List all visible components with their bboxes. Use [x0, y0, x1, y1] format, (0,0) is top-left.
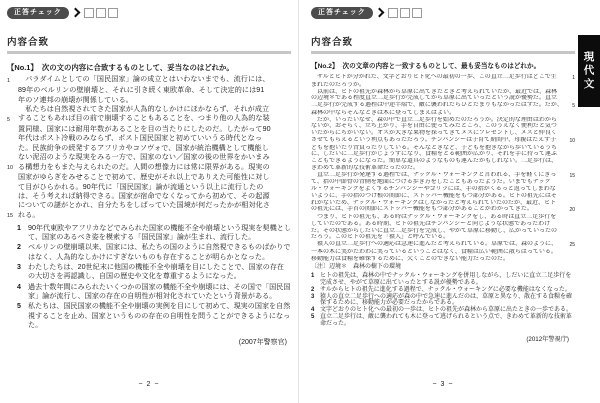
- passage-line: 89年のベルリンの壁崩壊と、それに引き続く東欧革命、そして決定的には91: [7, 86, 291, 95]
- answer-check-badge: 正答チェック: [311, 7, 373, 19]
- passage-line: こともできるようになった。簡単な道具のようなものも運んだかもしれない。二足歩行は…: [311, 158, 575, 165]
- passage-line: ないが、おそらく、立ち上がり、手を自由に使ってみたところ、このうえなく便利だと気…: [311, 123, 575, 130]
- question-source: (2007年警察官): [7, 337, 291, 347]
- passage-line-text: についての謎がとかれ、自分たちをしばっていた国境が何だったかが相対化さ: [18, 201, 291, 210]
- line-number: [566, 221, 575, 228]
- passage-line-text: 移動能力は食糧を確保するために、欠くことのできない能力だったのだ。: [311, 256, 566, 263]
- line-number: [566, 110, 575, 117]
- line-number: 20: [566, 206, 575, 214]
- line-number: [7, 153, 18, 162]
- line-number: [566, 228, 575, 235]
- line-number: [566, 234, 575, 241]
- line-number: [566, 186, 575, 193]
- answer-option: 3 わたしたちは、20世紀末に他国の機能不全や崩壊を目にしたことで、国家の存在の…: [17, 263, 291, 282]
- passage-line-text: させてもらえるという利点もあっただろう。チンパンジーは子育て期間中、母親はたえず…: [311, 137, 566, 145]
- answer-checkbox[interactable]: [388, 8, 398, 18]
- line-number: [7, 201, 18, 210]
- passage-line: て目がひらかれる。90年代に「国民国家」論が流通という以上に流行したの: [7, 183, 291, 192]
- passage-line-text: て目がひらかれる。90年代に「国民国家」論が流通という以上に流行したの: [18, 183, 291, 192]
- page-gutter-divider: [298, 0, 299, 403]
- chapter-tab-gendaibun[interactable]: 現代文: [578, 35, 600, 107]
- passage-line: ない泥沼のような現実をみる一方で、国家のない／国家の後の世界をかいまみ: [7, 153, 291, 162]
- passage-line-text: していたのである。ある時期、ヒトの祖先はチンパンジーと同じような状態であったわけ: [311, 221, 566, 228]
- line-number: 10: [566, 137, 575, 145]
- line-number: [7, 183, 18, 192]
- question-number: 【No.1】: [7, 63, 38, 72]
- passage-line-text: の辺境＊である程度直立二足歩行が完成してから草原に出ていったという説が優勢だ。直…: [311, 95, 566, 102]
- passage-note: 〔注〕辺境＊ 森林の樹下の環境: [311, 264, 575, 271]
- passage-line: は、そう考えれば納得できる。国家が宿命でなくなってから初めて、その起源: [7, 192, 291, 201]
- passage-line: だ。その状態からしだいに直立二足歩行を完成し、やがて草原に移動し、広がっていった…: [311, 228, 575, 235]
- line-number: [566, 130, 575, 137]
- passage-line: 5 することもあれば目の前で崩壊することもあることを、つまり他の人為的な装: [7, 114, 291, 125]
- passage-line-text: に、しだいに二足歩行がじょうずになり、食糧をとる範囲が広がり、それを手に持って運…: [311, 151, 566, 158]
- option-text: ヒトの祖先は、森林の中でナックル・ウォーキングを併用しながら、しだいに直立二足歩…: [320, 273, 575, 287]
- question-text: 次の文の内容に合致するものとして、妥当なのはどれか。: [42, 63, 234, 72]
- passage-line: いたからにちがいない。オスが大きな果物を採ってきてメスにプレゼントし、メスと仲良…: [311, 130, 575, 137]
- line-number: 5: [566, 102, 575, 110]
- option-text: 猿人の直立二足歩行への適応が森の中で急速に進んだのは、草原と異なり、散在する食糧…: [320, 294, 575, 308]
- passage-line: いように、手の指のつけ根の関節に、ストッパー機能をもつ部分がある。ヒトの祖先には…: [311, 193, 575, 200]
- answer-checkboxes: [84, 8, 118, 18]
- passage-line: だろう。このヒトの祖先を「猿人」と呼んでいる。: [311, 234, 575, 241]
- answer-option: 5 私たちは、国民国家の機能不全や崩壊の実例を目にして初めて、現実の国家を自然視…: [17, 302, 291, 330]
- answer-options: 1 90年代東欧やアフリカなどでみられた国家の機能不全や崩壊という現実を契機とし…: [17, 224, 291, 331]
- option-text: 過去十数年間にみられたいくつかの国家の機能不全や崩壊には、その国で「国民国家」論…: [28, 283, 291, 302]
- question-number: 【No.2】: [311, 63, 338, 70]
- right-page: 正答チェック 内容合致 【No.2】次の文章の内容と一致するものとして、最も妥当…: [311, 6, 575, 398]
- chevron-right-icon: [374, 8, 384, 18]
- passage-line: ル・ウォーキングをよくするチンパンジーやゴリラには、手の指がくるっと返ってしまわ…: [311, 186, 575, 193]
- passage-line-text: れる。: [18, 211, 291, 222]
- question-heading: 【No.2】次の文章の内容と一致するものとして、最も妥当なものはどれか。: [311, 63, 575, 71]
- passage-line: 移動能力は食糧を確保するために、欠くことのできない能力だったのだ。: [311, 256, 575, 263]
- line-number: [566, 249, 575, 256]
- option-number: 5: [17, 302, 28, 330]
- line-number: 15: [7, 211, 18, 222]
- line-number: [566, 95, 575, 102]
- passage-line: 置同様、国家には耐用年数があることを目の当たりにしたのだ。したがって90: [7, 125, 291, 134]
- passage-line-text: いように、手の指のつけ根の関節に、ストッパー機能をもつ部分がある。ヒトの祖先には…: [311, 193, 566, 200]
- passage-line: していたのである。ある時期、ヒトの祖先はチンパンジーと同じような状態であったわけ: [311, 221, 575, 228]
- passage-line: だが、いったいなぜ、森の中で直立二足歩行を始めたのだろうか。決定的な理由はわから: [311, 117, 575, 124]
- passage-line: の辺境＊である程度直立二足歩行が完成してから草原に出ていったという説が優勢だ。直…: [311, 95, 575, 102]
- option-number: 4: [311, 307, 320, 314]
- option-number: 3: [311, 294, 320, 308]
- passage-line: れがないため、ナックル・ウォーキングはしなかったと考えられていたのだが、最近、ヒ…: [311, 200, 575, 207]
- answer-option: 5 直立二足歩行は、敵に襲われても木に登って逃げられるという点で、きわめて革新的…: [311, 314, 575, 328]
- passage-line-text: た。民族紛争の続発するアフリカやコソヴォで、国家が統治機構として機能し: [18, 144, 291, 153]
- passage-line: サルとヒトが分かれた、文字どおりヒト化への最初の一歩、この直立二足歩行はどこで生…: [311, 74, 575, 82]
- line-number: [566, 82, 575, 89]
- line-number: 25: [566, 241, 575, 249]
- passage-line-text: ないが、おそらく、立ち上がり、手を自由に使ってみたところ、このうえなく便利だと気…: [311, 123, 566, 130]
- passage-line-text: 森林の中ならそんなときは木に登ってしまえばよい。: [311, 110, 566, 117]
- passage-line-text: の祖先には、手首の関節にストッパー機能をもつ部分があることがわかってきた。: [311, 206, 566, 214]
- passage-line-text: 直立二足歩行が発達する過程では、ナックル・ウォーキングと言われる、手を軽くにぎっ: [311, 172, 566, 180]
- page-number: − 3 −: [311, 381, 575, 388]
- passage-line-text: パラダイムとしての「国民国家」論の成立とはいわないまでも、流行には、: [18, 75, 291, 86]
- line-number: [7, 192, 18, 201]
- option-text: 文字どおりのヒト化への最初の一歩は、ヒトの祖先が森林から草原に出たときの一歩であ…: [320, 307, 575, 314]
- line-number: [7, 144, 18, 153]
- passage-line-text: だろう。このヒトの祖先を「猿人」と呼んでいる。: [311, 234, 566, 241]
- answer-option: 2 ベルリンの壁崩壊以来、国家には、私たちの国のように自然視できるものばかりでは…: [17, 243, 291, 262]
- passage-line: た。民族紛争の続発するアフリカやコソヴォで、国家が統治機構として機能し: [7, 144, 291, 153]
- passage-line: 1 パラダイムとしての「国民国家」論の成立とはいわないまでも、流行には、: [7, 75, 291, 86]
- answer-checkbox[interactable]: [400, 8, 410, 18]
- passage-line-text: は、そう考えれば納得できる。国家が宿命でなくなってから初めて、その起源: [18, 192, 291, 201]
- line-number: [566, 200, 575, 207]
- passage-line-text: だ。その状態からしだいに直立二足歩行を完成し、やがて草原に移動し、広がっていった…: [311, 228, 566, 235]
- passage-line-text: まれたのだろうか。: [311, 82, 566, 89]
- option-number: 1: [17, 224, 28, 243]
- line-number: [7, 96, 18, 105]
- answer-option: 1 ヒトの祖先は、森林の中でナックル・ウォーキングを併用しながら、しだいに直立二…: [311, 273, 575, 287]
- passage-line: 国家がゆらぎをみせることで初めて、歴史がそれ以上でありえた可能性に対し: [7, 173, 291, 182]
- passage-line-text: 私たちは自然視されてきた国家が人為的なしかけにほかならず、それが成立: [18, 105, 291, 114]
- passage-line: つまり、ヒトの祖先も、ある時はナックル・ウォーキングをし、ある時は直立二足歩行を: [311, 214, 575, 221]
- passage-line: 年のソ連邦の崩壊が関係している。: [7, 96, 291, 105]
- line-number: [566, 256, 575, 263]
- question-text: 次の文章の内容と一致するものとして、最も妥当なものはどれか。: [342, 63, 540, 70]
- passage-line: まれたのだろうか。: [311, 82, 575, 89]
- line-number: [566, 179, 575, 186]
- left-page: 正答チェック 内容合致 【No.1】次の文の内容に合致するものとして、妥当なのは…: [7, 6, 291, 398]
- passage-line: 年代はポスト冷戦のみならず、ポスト国民国家と初めていいうる時代となっ: [7, 134, 291, 143]
- passage-line-text: することもあれば目の前で崩壊することもあることを、つまり他の人為的な装: [18, 114, 291, 125]
- option-text: 90年代東欧やアフリカなどでみられた国家の機能不全や崩壊という現実を契機として、…: [28, 224, 291, 243]
- passage-line-text: 一本の木に実がたわわに実っているということはなく、食糧は広い範囲に散らばっている…: [311, 249, 566, 256]
- passage: サルとヒトが分かれた、文字どおりヒト化への最初の一歩、この直立二足歩行はどこで生…: [311, 74, 575, 262]
- answer-check-badge: 正答チェック: [7, 7, 69, 19]
- line-number: [7, 86, 18, 95]
- passage-line-text: ない泥沼のような現実をみる一方で、国家のない／国家の後の世界をかいまみ: [18, 153, 291, 162]
- answer-options: 1 ヒトの祖先は、森林の中でナックル・ウォーキングを併用しながら、しだいに直立二…: [311, 273, 575, 327]
- option-text: 私たちは、国民国家の機能不全や崩壊の実例を目にして初めて、現実の国家を自然視する…: [28, 302, 291, 330]
- passage: 1 パラダイムとしての「国民国家」論の成立とはいわないまでも、流行には、 89年…: [7, 75, 291, 221]
- answer-option: 4 過去十数年間にみられたいくつかの国家の機能不全や崩壊には、その国で「国民国家…: [17, 283, 291, 302]
- chapter-tab-label: 現代文: [582, 51, 597, 92]
- option-text: わたしたちは、20世紀末に他国の機能不全や崩壊を目にしたことで、国家の存在の大切…: [28, 263, 291, 282]
- answer-option: 4 文字どおりのヒト化への最初の一歩は、ヒトの祖先が森林から草原に出たときの一歩…: [311, 307, 575, 314]
- section-title: 内容合致: [311, 34, 575, 54]
- passage-line-text: こともできるようになった。簡単な道具のようなものも運んだかもしれない。二足歩行は…: [311, 158, 566, 165]
- passage-line-text: 国家がゆらぎをみせることで初めて、歴史がそれ以上でありえた可能性に対し: [18, 173, 291, 182]
- line-number: 1: [7, 75, 18, 86]
- answer-option: 1 90年代東欧やアフリカなどでみられた国家の機能不全や崩壊という現実を契機とし…: [17, 224, 291, 243]
- line-number: [566, 151, 575, 158]
- answer-checkbox[interactable]: [84, 8, 94, 18]
- passage-line: に、しだいに二足歩行がじょうずになり、食糧をとる範囲が広がり、それを手に持って運…: [311, 151, 575, 158]
- passage-line: て、指の中節骨の背側を地面につける歩き方をしたこともあったようだ。いまでもナック: [311, 179, 575, 186]
- line-number: [566, 145, 575, 152]
- passage-line: 二足歩行が完成する過程は中途半端で、敵に襲われたらひとたまりもなかったはずだ。だ…: [311, 102, 575, 110]
- line-number: [566, 158, 575, 165]
- passage-line-text: 以前は、ヒトの祖先が森林から草原に出てきたときと考えられていたが、最近では、森林: [311, 89, 566, 96]
- passage-line: させてもらえるという利点もあっただろう。チンパンジーは子育て期間中、母親はたえず…: [311, 137, 575, 145]
- passage-line-text: いたからにちがいない。オスが大きな果物を採ってきてメスにプレゼントし、メスと仲良…: [311, 130, 566, 137]
- passage-line-text: る構想力をもまた与えられたのだ。人間の想像力には常に限界がある。現実の: [18, 163, 291, 174]
- passage-line: 森林の中ならそんなときは木に登ってしまえばよい。: [311, 110, 575, 117]
- option-number: 2: [17, 243, 28, 262]
- answer-check-row: 正答チェック: [311, 6, 575, 19]
- passage-line: 猿人の直立二足歩行への適応は急速に進んだと考えられている。草原では、森のように、…: [311, 241, 575, 249]
- line-number: [566, 123, 575, 130]
- passage-line: の祖先には、手首の関節にストッパー機能をもつ部分があることがわかってきた。 20: [311, 206, 575, 214]
- line-number: 10: [7, 163, 18, 174]
- answer-checkbox[interactable]: [96, 8, 106, 18]
- option-text: 直立二足歩行は、敵に襲われても木に登って逃げられるという点で、きわめて革新的な技…: [320, 314, 575, 328]
- passage-line: 一本の木に実がたわわに実っているということはなく、食糧は広い範囲に散らばっている…: [311, 249, 575, 256]
- passage-line-text: サルとヒトが分かれた、文字どおりヒト化への最初の一歩、この直立二足歩行はどこで生: [311, 74, 566, 82]
- passage-line: きわめて革新的な技術革命だったのだ。: [311, 165, 575, 172]
- passage-line: 私たちは自然視されてきた国家が人為的なしかけにほかならず、それが成立: [7, 105, 291, 114]
- passage-line-text: どもを抱いたり背負ったりしている。そんなときなど、子どもを抱きながら歩いているう…: [311, 145, 566, 152]
- line-number: [566, 214, 575, 221]
- section-title: 内容合致: [7, 34, 291, 54]
- line-number: 1: [566, 74, 575, 82]
- passage-line: 10 る構想力をもまた与えられたのだ。人間の想像力には常に限界がある。現実の: [7, 163, 291, 174]
- answer-check-row: 正答チェック: [7, 6, 291, 19]
- passage-line-text: て、指の中節骨の背側を地面につける歩き方をしたこともあったようだ。いまでもナック: [311, 179, 566, 186]
- passage-line-text: 猿人の直立二足歩行への適応は急速に進んだと考えられている。草原では、森のように、: [311, 241, 566, 249]
- answer-checkbox[interactable]: [412, 8, 422, 18]
- line-number: 15: [566, 172, 575, 180]
- line-number: [7, 125, 18, 134]
- option-number: 2: [311, 287, 320, 294]
- answer-checkbox[interactable]: [108, 8, 118, 18]
- passage-line-text: 二足歩行が完成する過程は中途半端で、敵に襲われたらひとたまりもなかったはずだ。だ…: [311, 102, 566, 110]
- passage-line: 直立二足歩行が発達する過程では、ナックル・ウォーキングと言われる、手を軽くにぎっ…: [311, 172, 575, 180]
- line-number: [566, 165, 575, 172]
- answer-checkboxes: [388, 8, 422, 18]
- passage-line-text: 置同様、国家には耐用年数があることを目の当たりにしたのだ。したがって90: [18, 125, 291, 134]
- line-number: [7, 134, 18, 143]
- passage-line-text: 年のソ連邦の崩壊が関係している。: [18, 96, 291, 105]
- passage-line: 15 れる。: [7, 211, 291, 222]
- passage-line-text: れがないため、ナックル・ウォーキングはしなかったと考えられていたのだが、最近、ヒ…: [311, 200, 566, 207]
- passage-line: についての謎がとかれ、自分たちをしばっていた国境が何だったかが相対化さ: [7, 201, 291, 210]
- option-text: サルからヒトの祖先に進化する過程で、ナックル・ウォーキングに必要な機能はなくなっ…: [320, 287, 575, 294]
- passage-line-text: きわめて革新的な技術革命だったのだ。: [311, 165, 566, 172]
- line-number: [7, 173, 18, 182]
- passage-line-text: 年代はポスト冷戦のみならず、ポスト国民国家と初めていいうる時代となっ: [18, 134, 291, 143]
- passage-line-text: だが、いったいなぜ、森の中で直立二足歩行を始めたのだろうか。決定的な理由はわから: [311, 117, 566, 124]
- passage-line: 以前は、ヒトの祖先が森林から草原に出てきたときと考えられていたが、最近では、森林: [311, 89, 575, 96]
- page-number: − 2 −: [7, 381, 291, 388]
- question-source: (2012年警視庁): [311, 334, 575, 343]
- line-number: 5: [7, 114, 18, 125]
- passage-line-text: 89年のベルリンの壁崩壊と、それに引き続く東欧革命、そして決定的には91: [18, 86, 291, 95]
- line-number: [7, 105, 18, 114]
- answer-option: 2 サルからヒトの祖先に進化する過程で、ナックル・ウォーキングに必要な機能はなく…: [311, 287, 575, 294]
- line-number: [566, 193, 575, 200]
- chevron-right-icon: [70, 8, 80, 18]
- passage-line-text: ル・ウォーキングをよくするチンパンジーやゴリラには、手の指がくるっと返ってしまわ…: [311, 186, 566, 193]
- line-number: [566, 89, 575, 96]
- answer-option: 3 猿人の直立二足歩行への適応が森の中で急速に進んだのは、草原と異なり、散在する…: [311, 294, 575, 308]
- question-heading: 【No.1】次の文の内容に合致するものとして、妥当なのはどれか。: [7, 63, 291, 72]
- option-number: 3: [17, 263, 28, 282]
- option-text: ベルリンの壁崩壊以来、国家には、私たちの国のように自然視できるものばかりではなく…: [28, 243, 291, 262]
- option-number: 4: [17, 283, 28, 302]
- line-number: [566, 117, 575, 124]
- option-number: 1: [311, 273, 320, 287]
- option-number: 5: [311, 314, 320, 328]
- passage-line-text: つまり、ヒトの祖先も、ある時はナックル・ウォーキングをし、ある時は直立二足歩行を: [311, 214, 566, 221]
- passage-line: どもを抱いたり背負ったりしている。そんなときなど、子どもを抱きながら歩いているう…: [311, 145, 575, 152]
